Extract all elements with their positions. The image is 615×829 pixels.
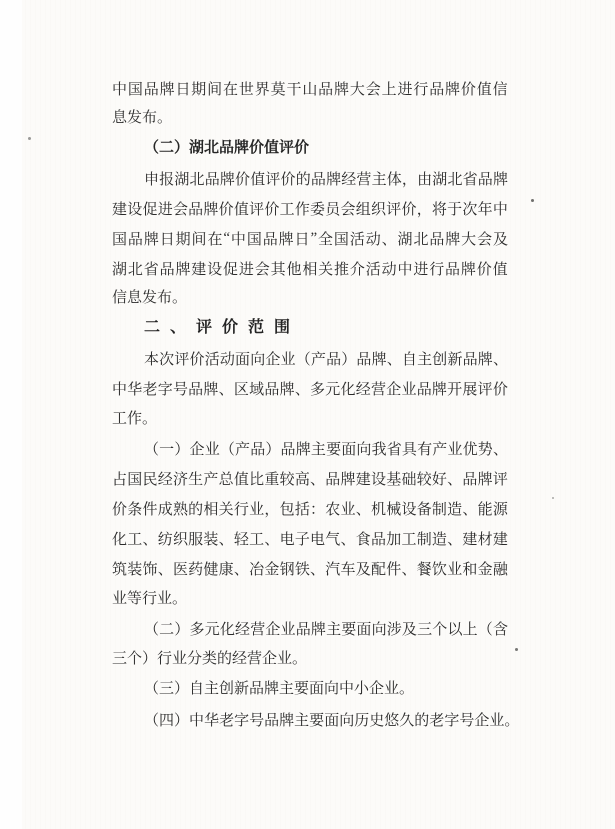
text-line: 中华老字号品牌、区域品牌、多元化经营企业品牌开展评价: [112, 373, 508, 403]
scan-speck: [515, 648, 518, 651]
text-line: 息发布。: [112, 103, 508, 133]
document-page: 中国品牌日期间在世界莫干山品牌大会上进行品牌价值信息发布。（二）湖北品牌价值评价…: [0, 0, 615, 829]
scan-speck: [531, 199, 534, 202]
text-line: 申报湖北品牌价值评价的品牌经营主体，由湖北省品牌: [112, 163, 508, 193]
text-line: 三个）行业分类的经营企业。: [112, 644, 508, 674]
text-line: 占国民经济生产总值比重较高、品牌建设基础较好、品牌评: [112, 464, 508, 494]
text-line: 湖北省品牌建设促进会其他相关推介活动中进行品牌价值: [112, 253, 508, 283]
text-line: （四）中华老字号品牌主要面向历史悠久的老字号企业。: [112, 704, 508, 734]
text-line: 价条件成熟的相关行业，包括：农业、机械设备制造、能源: [112, 494, 508, 524]
section-heading: 二、评价范围: [112, 313, 508, 343]
text-line: （二）多元化经营企业品牌主要面向涉及三个以上（含: [112, 614, 508, 644]
scan-speck: [28, 137, 31, 140]
scan-speck: [552, 497, 554, 499]
text-line: 信息发布。: [112, 283, 508, 313]
text-line: 工作。: [112, 404, 508, 434]
text-line: （一）企业（产品）品牌主要面向我省具有产业优势、: [112, 434, 508, 464]
text-line: 中国品牌日期间在世界莫干山品牌大会上进行品牌价值信: [112, 73, 508, 103]
text-line: 国品牌日期间在“中国品牌日”全国活动、湖北品牌大会及: [112, 223, 508, 253]
text-line: 筑装饰、医药健康、冶金钢铁、汽车及配件、餐饮业和金融: [112, 554, 508, 584]
document-text: 中国品牌日期间在世界莫干山品牌大会上进行品牌价值信息发布。（二）湖北品牌价值评价…: [112, 73, 508, 734]
text-line: 本次评价活动面向企业（产品）品牌、自主创新品牌、: [112, 343, 508, 373]
text-line: 建设促进会品牌价值评价工作委员会组织评价，将于次年中: [112, 193, 508, 223]
sub-heading: （二）湖北品牌价值评价: [112, 133, 508, 163]
text-line: 业等行业。: [112, 584, 508, 614]
text-line: （三）自主创新品牌主要面向中小企业。: [112, 674, 508, 704]
text-line: 化工、纺织服装、轻工、电子电气、食品加工制造、建材建: [112, 524, 508, 554]
